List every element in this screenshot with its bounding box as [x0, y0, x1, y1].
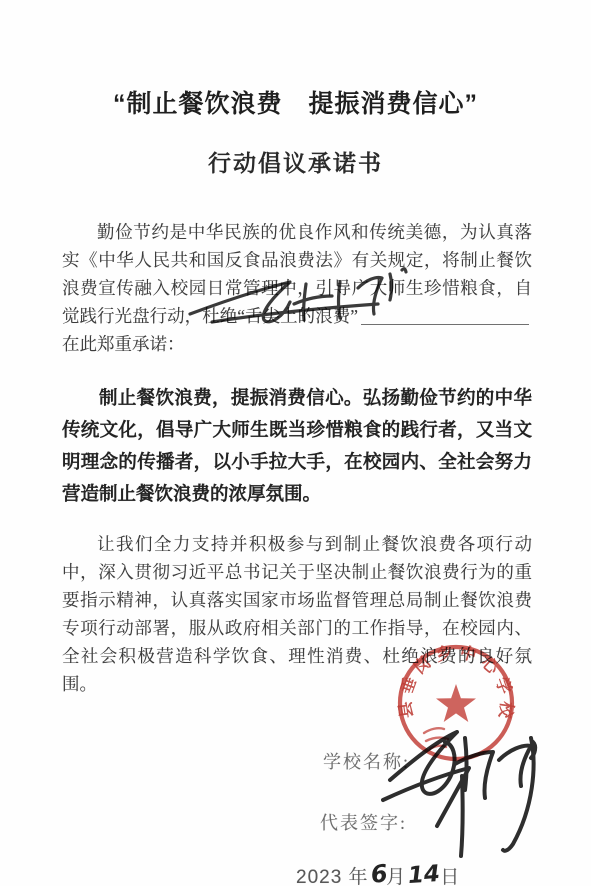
seal-lower-text-smudge — [424, 728, 448, 749]
paragraph-3: 让我们全力支持并积极参与到制止餐饮浪费各项行动中，深入贯彻习近平总书记关于坚决制… — [62, 530, 532, 698]
date-row: 2023 年6月14日 — [296, 861, 591, 886]
representative-signature-handwriting — [373, 716, 553, 871]
date-day-unit: 日 — [440, 867, 460, 886]
school-name-row: 学校名称: — [323, 748, 591, 774]
pledge-document-page: “制止餐饮浪费 提振消费信心” 行动倡议承诺书 勤俭节约是中华民族的优良作风和传… — [0, 0, 591, 886]
date-year-printed: 2023 年 — [296, 867, 369, 886]
representative-signature-label: 代表签字: — [320, 813, 407, 833]
date-month-handwritten: 6 — [369, 859, 389, 886]
paragraph-1: 勤俭节约是中华民族的优良作风和传统美德，为认真落实《中华人民共和国反食品浪费法》… — [62, 218, 532, 358]
document-subtitle: 行动倡议承诺书 — [0, 145, 591, 178]
date-day-handwritten: 14 — [407, 861, 441, 886]
representative-signature-row: 代表签字: — [320, 809, 591, 835]
paragraph-2: 制止餐饮浪费，提振消费信心。弘扬勤俭节约的中华传统文化，倡导广大师生既当珍惜粮食… — [62, 382, 532, 510]
document-body: 勤俭节约是中华民族的优良作风和传统美德，为认真落实《中华人民共和国反食品浪费法》… — [62, 218, 532, 698]
document-title: “制止餐饮浪费 提振消费信心” — [0, 84, 591, 120]
school-name-label: 学校名称: — [323, 752, 410, 772]
date-month-unit: 月 — [386, 867, 406, 886]
school-name-blank-underline — [361, 307, 529, 326]
paragraph-1-text-after-blank: 在此郑重承诺： — [62, 334, 185, 354]
